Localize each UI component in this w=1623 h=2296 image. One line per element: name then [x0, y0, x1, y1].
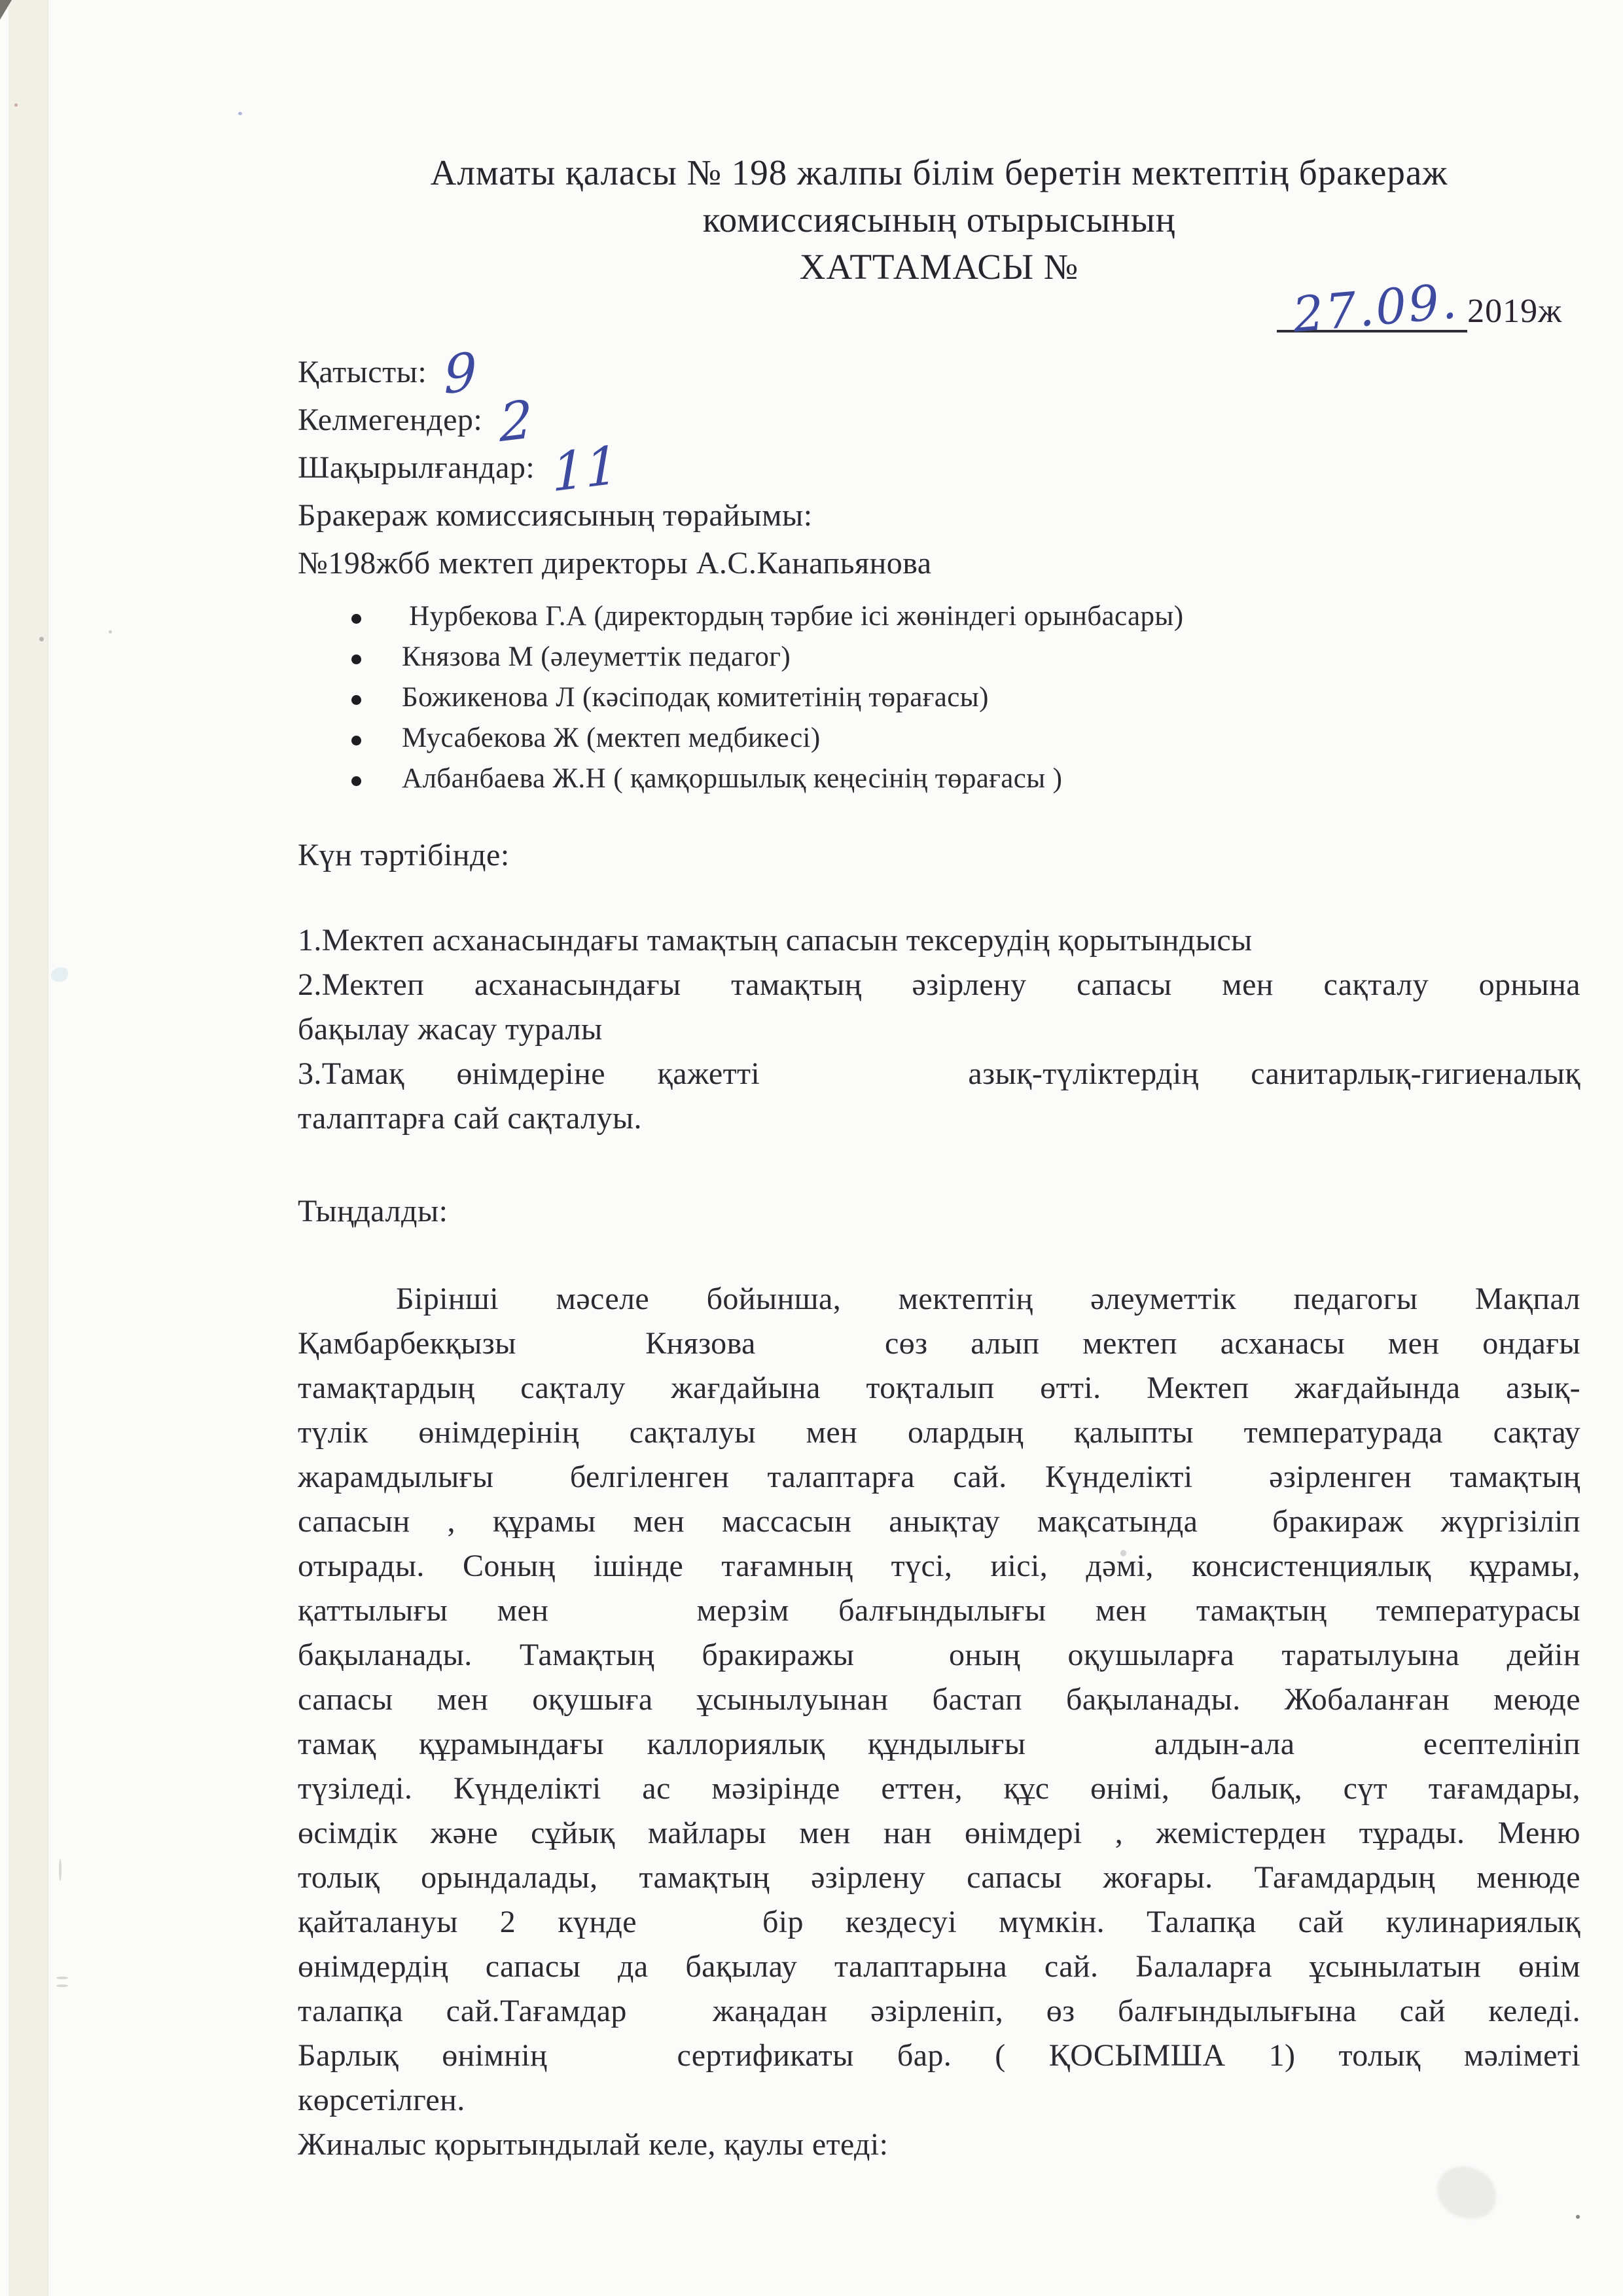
member-list-item: Албанбаева Ж.Н ( қамқоршылық кеңесінің т…: [298, 759, 1580, 799]
absent-line: Келмегендер:2: [298, 396, 1580, 444]
scan-speck: [109, 630, 112, 634]
printed-year: 2019ж: [1467, 293, 1562, 330]
invited-line: Шақырылғандар:11: [298, 444, 1580, 492]
body-text-line: Қамбарбекқызы Князова сөз алып мектеп ас…: [298, 1321, 1580, 1366]
member-list-item: Князова М (әлеуметтік педагог): [298, 637, 1580, 677]
body-text-line: түзіледі. Күнделікті ас мәзірінде еттен,…: [298, 1767, 1580, 1811]
body-text-line: қайталануы 2 күнде бір кездесуі мүмкін. …: [298, 1900, 1580, 1945]
member-name-and-role: Албанбаева Ж.Н ( қамқоршылық кеңесінің т…: [402, 759, 1062, 799]
body-text-line: Барлық өнімнің сертификаты бар. ( ҚОСЫМШ…: [298, 2034, 1580, 2078]
body-text-line: түлік өнімдерінің сақталуы мен олардың қ…: [298, 1410, 1580, 1455]
agenda-line: 1.Мектеп асханасындағы тамақтың сапасын …: [298, 918, 1580, 963]
chair-name-line: №198жбб мектеп директоры А.С.Канапьянова: [298, 539, 1580, 587]
minutes-body-text: Бірінші мәселе бойынша, мектептің әлеуме…: [298, 1277, 1580, 2167]
member-name-and-role: Мусабекова Ж (мектеп медбикесі): [402, 718, 821, 759]
date-blank-line: 27.09.: [1277, 281, 1467, 332]
body-text-line: көрсетілген.: [298, 2078, 1580, 2123]
agenda-items: 1.Мектеп асханасындағы тамақтың сапасын …: [298, 918, 1580, 1141]
scan-smudge: [1437, 2166, 1496, 2219]
body-text-line: бақыланады. Тамақтың бракиражы оның оқуш…: [298, 1633, 1580, 1677]
bullet-icon: [351, 614, 361, 624]
scan-speck: [14, 103, 18, 107]
agenda-heading: Күн тәртібінде:: [298, 836, 1580, 875]
invited-count-handwritten: 11: [552, 439, 619, 500]
body-text-line: өнімдердің сапасы да бақылау талаптарына…: [298, 1945, 1580, 1989]
member-name-and-role: Божикенова Л (кәсіподақ комитетінің төра…: [402, 677, 989, 718]
agenda-line: талаптарға сай сақталуы.: [298, 1096, 1580, 1141]
agenda-line: бақылау жасау туралы: [298, 1007, 1580, 1052]
member-list-item: Нурбекова Г.А (директордың тәрбие ісі жө…: [298, 596, 1580, 637]
body-text-line: сапасын , құрамы мен массасын анықтау ма…: [298, 1499, 1580, 1544]
scan-speck: [39, 637, 44, 641]
bullet-icon: [351, 655, 361, 664]
absent-label: Келмегендер:: [298, 403, 482, 437]
bullet-icon: [351, 736, 361, 745]
member-name-and-role: Князова М (әлеуметтік педагог): [402, 637, 791, 677]
agenda-line: 2.Мектеп асханасындағы тамақтың әзірлену…: [298, 963, 1580, 1007]
present-count-handwritten: 9: [444, 346, 478, 403]
body-text-line: жарамдылығы белгіленген талаптарға сай. …: [298, 1455, 1580, 1499]
agenda-line: 3.Тамақ өнімдеріне қажетті азық-түліктер…: [298, 1052, 1580, 1096]
handwritten-date: 27.09.: [1291, 277, 1460, 340]
body-text-line: қаттылығы мен мерзім балғындылығы мен та…: [298, 1588, 1580, 1633]
bullet-icon: [351, 776, 361, 786]
commission-members-list: Нурбекова Г.А (директордың тәрбие ісі жө…: [298, 596, 1580, 799]
pencil-mark: [59, 1859, 62, 1881]
present-label: Қатысты:: [298, 355, 427, 389]
member-list-item: Мусабекова Ж (мектеп медбикесі): [298, 718, 1580, 759]
date-row: 27.09.2019ж: [298, 281, 1580, 344]
body-text-line: өсімдік және сұйық майлары мен нан өнімд…: [298, 1811, 1580, 1856]
scan-edge-strip: [9, 0, 48, 2296]
scan-corner-artifact: [0, 0, 12, 20]
body-text-line: тамақ құрамындағы каллориялық құндылығы …: [298, 1722, 1580, 1767]
scan-smudge: [51, 967, 68, 982]
present-line: Қатысты:9: [298, 348, 1580, 396]
pencil-mark: [56, 1977, 68, 1979]
attendance-block: Қатысты:9 Келмегендер:2 Шақырылғандар:11…: [298, 348, 1580, 587]
document-title-block: Алматы қаласы № 198 жалпы білім беретін …: [298, 149, 1580, 291]
scan-speck: [1576, 2215, 1580, 2219]
title-line-2: комиссиясының отырысының: [298, 196, 1580, 243]
body-text-line: сапасы мен оқушыға ұсынылуынан бастап ба…: [298, 1677, 1580, 1722]
body-text-line: тамақтардың сақталу жағдайына тоқталып ө…: [298, 1366, 1580, 1410]
title-line-1: Алматы қаласы № 198 жалпы білім беретін …: [298, 149, 1580, 196]
bullet-icon: [351, 695, 361, 705]
invited-label: Шақырылғандар:: [298, 450, 535, 485]
body-text-line: Бірінші мәселе бойынша, мектептің әлеуме…: [298, 1277, 1580, 1321]
body-text-line: толық орындалады, тамақтың әзірлену сапа…: [298, 1856, 1580, 1900]
body-text-line: отырады. Соның ішінде тағамның түсі, иіс…: [298, 1544, 1580, 1588]
member-list-item: Божикенова Л (кәсіподақ комитетінің төра…: [298, 677, 1580, 718]
body-text-line: Жиналыс қорытындылай келе, қаулы етеді:: [298, 2123, 1580, 2167]
chair-title-line: Бракераж комиссиясының төрайымы:: [298, 492, 1580, 539]
heard-heading: Тыңдалды:: [298, 1192, 1580, 1231]
body-text-line: талапқа сай.Тағамдар жаңадан әзірленіп, …: [298, 1989, 1580, 2034]
scan-speck: [238, 112, 242, 115]
document-content: Алматы қаласы № 198 жалпы білім беретін …: [298, 0, 1580, 2167]
member-name-and-role: Нурбекова Г.А (директордың тәрбие ісі жө…: [402, 596, 1183, 637]
absent-count-handwritten: 2: [499, 393, 533, 450]
